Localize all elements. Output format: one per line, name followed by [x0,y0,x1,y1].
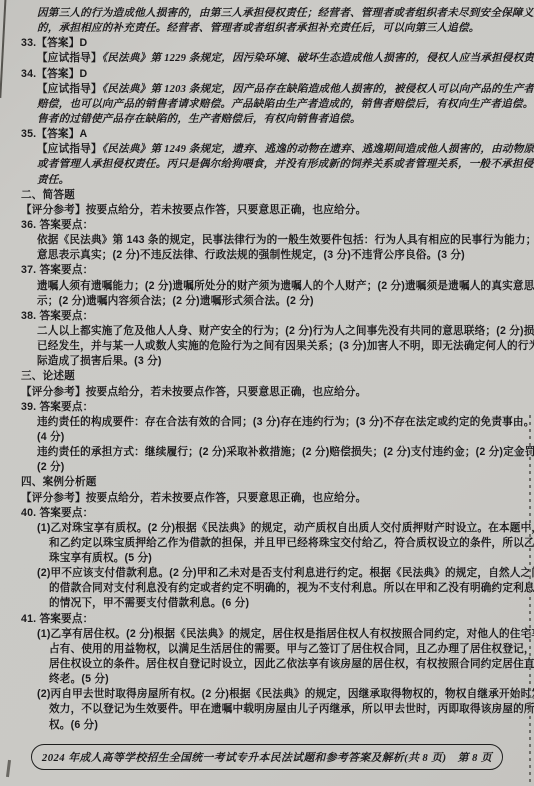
line-label: 【应试指导】 [37,83,102,95]
line-text: 37. 答案要点： [21,264,93,276]
doc-line: 示；(2 分)遗嘱内容须合法；(2 分)遗嘱形式须合法。(2 分) [0,294,534,309]
line-text: 售者的过错使产品存在缺陷的，生产者赔偿后，有权向销售者追偿。 [37,114,361,125]
doc-line: 【评分参考】按要点给分，若未按要点作答，只要意思正确，也应给分。 [0,203,534,218]
doc-line: 效力，不以登记为生效要件。甲在遗嘱中载明房屋由儿子丙继承，所以甲去世时，丙即取得… [0,702,534,717]
line-text: 或者管理人承担侵权责任。丙只是偶尔给狗喂食，并没有形成新的饲养关系或者管理关系，… [37,159,534,170]
line-text: 33.【答案】D [21,37,87,49]
doc-line: 二、简答题 [0,188,534,203]
line-text: 终老。(5 分) [49,673,109,685]
doc-line: 40. 答案要点： [0,506,534,521]
line-text: 35.【答案】A [21,128,87,140]
line-text: 际造成了损害后果。(3 分) [37,355,162,367]
line-text: 意思表示真实；(2 分)不违反法律、行政法规的强制性规定，(3 分)不违背公序良… [37,249,465,261]
line-text: 三、论述题 [21,370,75,382]
doc-line: (1)乙对珠宝享有质权。(2 分)根据《民法典》的规定，动产质权自出质人交付质押… [0,521,534,536]
doc-line: 依据《民法典》第 143 条的规定，民事法律行为的一般生效要件包括：行为人具有相… [0,233,534,248]
line-text: 四、案例分析题 [21,476,97,488]
line-text: 示；(2 分)遗嘱内容须合法；(2 分)遗嘱形式须合法。(2 分) [37,295,314,307]
line-text: 36. 答案要点： [21,219,93,231]
doc-line: 权。(6 分) [0,718,534,733]
line-text: 《民法典》第 1229 条规定，因污染环境、破坏生态造成他人损害的，侵权人应当承… [102,53,534,64]
line-text: 【评分参考】按要点给分，若未按要点作答，只要意思正确，也应给分。 [21,204,366,216]
line-label: 【应试指导】 [37,143,102,155]
line-text: (2 分) [37,461,64,473]
doc-line: 违约责任的构成要件：存在合法有效的合同；(3 分)存在违约行为；(3 分)不存在… [0,415,534,430]
doc-line: (2)丙自甲去世时取得房屋所有权。(2 分)根据《民法典》的规定，因继承取得物权… [0,687,534,702]
line-text: 效力，不以登记为生效要件。甲在遗嘱中载明房屋由儿子丙继承，所以甲去世时，丙即取得… [49,703,534,715]
doc-line: (2)甲不应该支付借款利息。(2 分)甲和乙未对是否支付利息进行约定。根据《民法… [0,566,534,581]
line-text: 违约责任的构成要件：存在合法有效的合同；(3 分)存在违约行为；(3 分)不存在… [37,416,534,428]
doc-line: (4 分) [0,430,534,445]
doc-line: 责任。 [0,173,534,188]
doc-line: 33.【答案】D [0,36,534,51]
line-text: 38. 答案要点： [21,310,93,322]
line-text: 的情况下，甲不需要支付借款利息。(6 分) [49,597,249,609]
doc-line: 34.【答案】D [0,67,534,82]
line-text: (4 分) [37,431,64,443]
line-text: 二人以上都实施了危及他人人身、财产安全的行为；(2 分)行为人之间事先没有共同的… [37,325,534,337]
line-text: 珠宝享有质权。(5 分) [49,552,152,564]
page-footer: 2024 年成人高等学校招生全国统一考试专升本民法试题和参考答案及解析(共 8 … [31,744,503,770]
scan-perforation-dots-right [529,415,531,786]
doc-line: 三、论述题 [0,369,534,384]
line-text: 二、简答题 [21,189,75,201]
document-text: 因第三人的行为造成他人损害的，由第三人承担侵权责任；经营者、管理者或者组织者未尽… [0,6,534,733]
line-text: 的借款合同对支付利息没有约定或者约定不明确的，视为不支付利息。所以在甲和乙没有明… [49,582,534,594]
doc-line: 赔偿，也可以向产品的销售者请求赔偿。产品缺陷由生产者造成的，销售者赔偿后，有权向… [0,97,534,112]
line-text: 【评分参考】按要点给分，若未按要点作答，只要意思正确，也应给分。 [21,386,366,398]
line-text: 34.【答案】D [21,68,87,80]
doc-line: 售者的过错使产品存在缺陷的，生产者赔偿后，有权向销售者追偿。 [0,112,534,127]
line-text: 和乙约定以珠宝质押给乙作为借款的担保，并且甲已经将珠宝交付给乙，符合质权设立的条… [49,537,534,549]
line-text: 已经发生，并与某一人或数人实施的危险行为之间有因果关系；(3 分)加害人不明，即… [37,340,534,352]
doc-line: 【应试指导】《民法典》第 1229 条规定，因污染环境、破坏生态造成他人损害的，… [0,51,534,66]
doc-line: 【评分参考】按要点给分，若未按要点作答，只要意思正确，也应给分。 [0,385,534,400]
doc-line: 37. 答案要点： [0,263,534,278]
line-text: 赔偿，也可以向产品的销售者请求赔偿。产品缺陷由生产者造成的，销售者赔偿后，有权向… [37,99,534,110]
doc-line: 39. 答案要点： [0,400,534,415]
line-text: 居住权设立的条件。居住权自登记时设立，因此乙依法享有该房屋的居住权，有权按照合同… [49,658,534,670]
line-text: 依据《民法典》第 143 条的规定，民事法律行为的一般生效要件包括：行为人具有相… [37,234,534,246]
doc-line: 已经发生，并与某一人或数人实施的危险行为之间有因果关系；(3 分)加害人不明，即… [0,339,534,354]
doc-line: 的借款合同对支付利息没有约定或者约定不明确的，视为不支付利息。所以在甲和乙没有明… [0,581,534,596]
doc-line: 遗嘱人须有遗嘱能力；(2 分)遗嘱所处分的财产须为遗嘱人的个人财产；(2 分)遗… [0,279,534,294]
line-text: 责任。 [37,175,69,186]
doc-line: (1)乙享有居住权。(2 分)根据《民法典》的规定，居住权是指居住权人有权按照合… [0,627,534,642]
doc-line: 占有、使用的用益物权，以满足生活居住的需要。甲与乙签订了居住权合同，且乙办理了居… [0,642,534,657]
line-label: 【应试指导】 [37,52,102,64]
doc-line: 居住权设立的条件。居住权自登记时设立，因此乙依法享有该房屋的居住权，有权按照合同… [0,657,534,672]
line-text: 违约责任的承担方式：继续履行；(2 分)采取补救措施；(2 分)赔偿损失；(2 … [37,446,534,458]
doc-line: 38. 答案要点： [0,309,534,324]
line-text: 的，承担相应的补充责任。经营者、管理者或者组织者承担补充责任后，可以向第三人追偿… [37,23,480,34]
doc-line: 【应试指导】《民法典》第 1249 条规定，遗弃、逃逸的动物在遗弃、逃逸期间造成… [0,142,534,157]
page-footer-text: 2024 年成人高等学校招生全国统一考试专升本民法试题和参考答案及解析(共 8 … [42,750,492,765]
line-text: 《民法典》第 1249 条规定，遗弃、逃逸的动物在遗弃、逃逸期间造成他人损害的，… [102,144,534,155]
line-text: 《民法典》第 1203 条规定，因产品存在缺陷造成他人损害的，被侵权人可以向产品… [102,84,534,95]
line-text: 【评分参考】按要点给分，若未按要点作答，只要意思正确，也应给分。 [21,492,366,504]
doc-line: 因第三人的行为造成他人损害的，由第三人承担侵权责任；经营者、管理者或者组织者未尽… [0,6,534,21]
doc-line: 二人以上都实施了危及他人人身、财产安全的行为；(2 分)行为人之间事先没有共同的… [0,324,534,339]
doc-line: 【评分参考】按要点给分，若未按要点作答，只要意思正确，也应给分。 [0,491,534,506]
doc-line: (2 分) [0,460,534,475]
line-text: (1)乙享有居住权。(2 分)根据《民法典》的规定，居住权是指居住权人有权按照合… [37,628,534,640]
doc-line: 的，承担相应的补充责任。经营者、管理者或者组织者承担补充责任后，可以向第三人追偿… [0,21,534,36]
doc-line: 的情况下，甲不需要支付借款利息。(6 分) [0,596,534,611]
doc-line: 36. 答案要点： [0,218,534,233]
doc-line: 【应试指导】《民法典》第 1203 条规定，因产品存在缺陷造成他人损害的，被侵权… [0,82,534,97]
doc-line: 或者管理人承担侵权责任。丙只是偶尔给狗喂食，并没有形成新的饲养关系或者管理关系，… [0,157,534,172]
doc-line: 意思表示真实；(2 分)不违反法律、行政法规的强制性规定，(3 分)不违背公序良… [0,248,534,263]
line-text: 权。(6 分) [49,719,98,731]
doc-line: 41. 答案要点： [0,612,534,627]
line-text: (2)甲不应该支付借款利息。(2 分)甲和乙未对是否支付利息进行约定。根据《民法… [37,567,534,579]
line-text: 占有、使用的用益物权，以满足生活居住的需要。甲与乙签订了居住权合同，且乙办理了居… [49,643,534,655]
line-text: 遗嘱人须有遗嘱能力；(2 分)遗嘱所处分的财产须为遗嘱人的个人财产；(2 分)遗… [37,280,534,292]
doc-line: 珠宝享有质权。(5 分) [0,551,534,566]
doc-line: 违约责任的承担方式：继续履行；(2 分)采取补救措施；(2 分)赔偿损失；(2 … [0,445,534,460]
line-text: 39. 答案要点： [21,401,93,413]
doc-line: 际造成了损害后果。(3 分) [0,354,534,369]
doc-line: 终老。(5 分) [0,672,534,687]
doc-line: 四、案例分析题 [0,475,534,490]
line-text: 41. 答案要点： [21,613,93,625]
line-text: 因第三人的行为造成他人损害的，由第三人承担侵权责任；经营者、管理者或者组织者未尽… [37,8,534,19]
line-text: (1)乙对珠宝享有质权。(2 分)根据《民法典》的规定，动产质权自出质人交付质押… [37,522,534,534]
line-text: (2)丙自甲去世时取得房屋所有权。(2 分)根据《民法典》的规定，因继承取得物权… [37,688,534,700]
line-text: 40. 答案要点： [21,507,93,519]
doc-line: 和乙约定以珠宝质押给乙作为借款的担保，并且甲已经将珠宝交付给乙，符合质权设立的条… [0,536,534,551]
doc-line: 35.【答案】A [0,127,534,142]
